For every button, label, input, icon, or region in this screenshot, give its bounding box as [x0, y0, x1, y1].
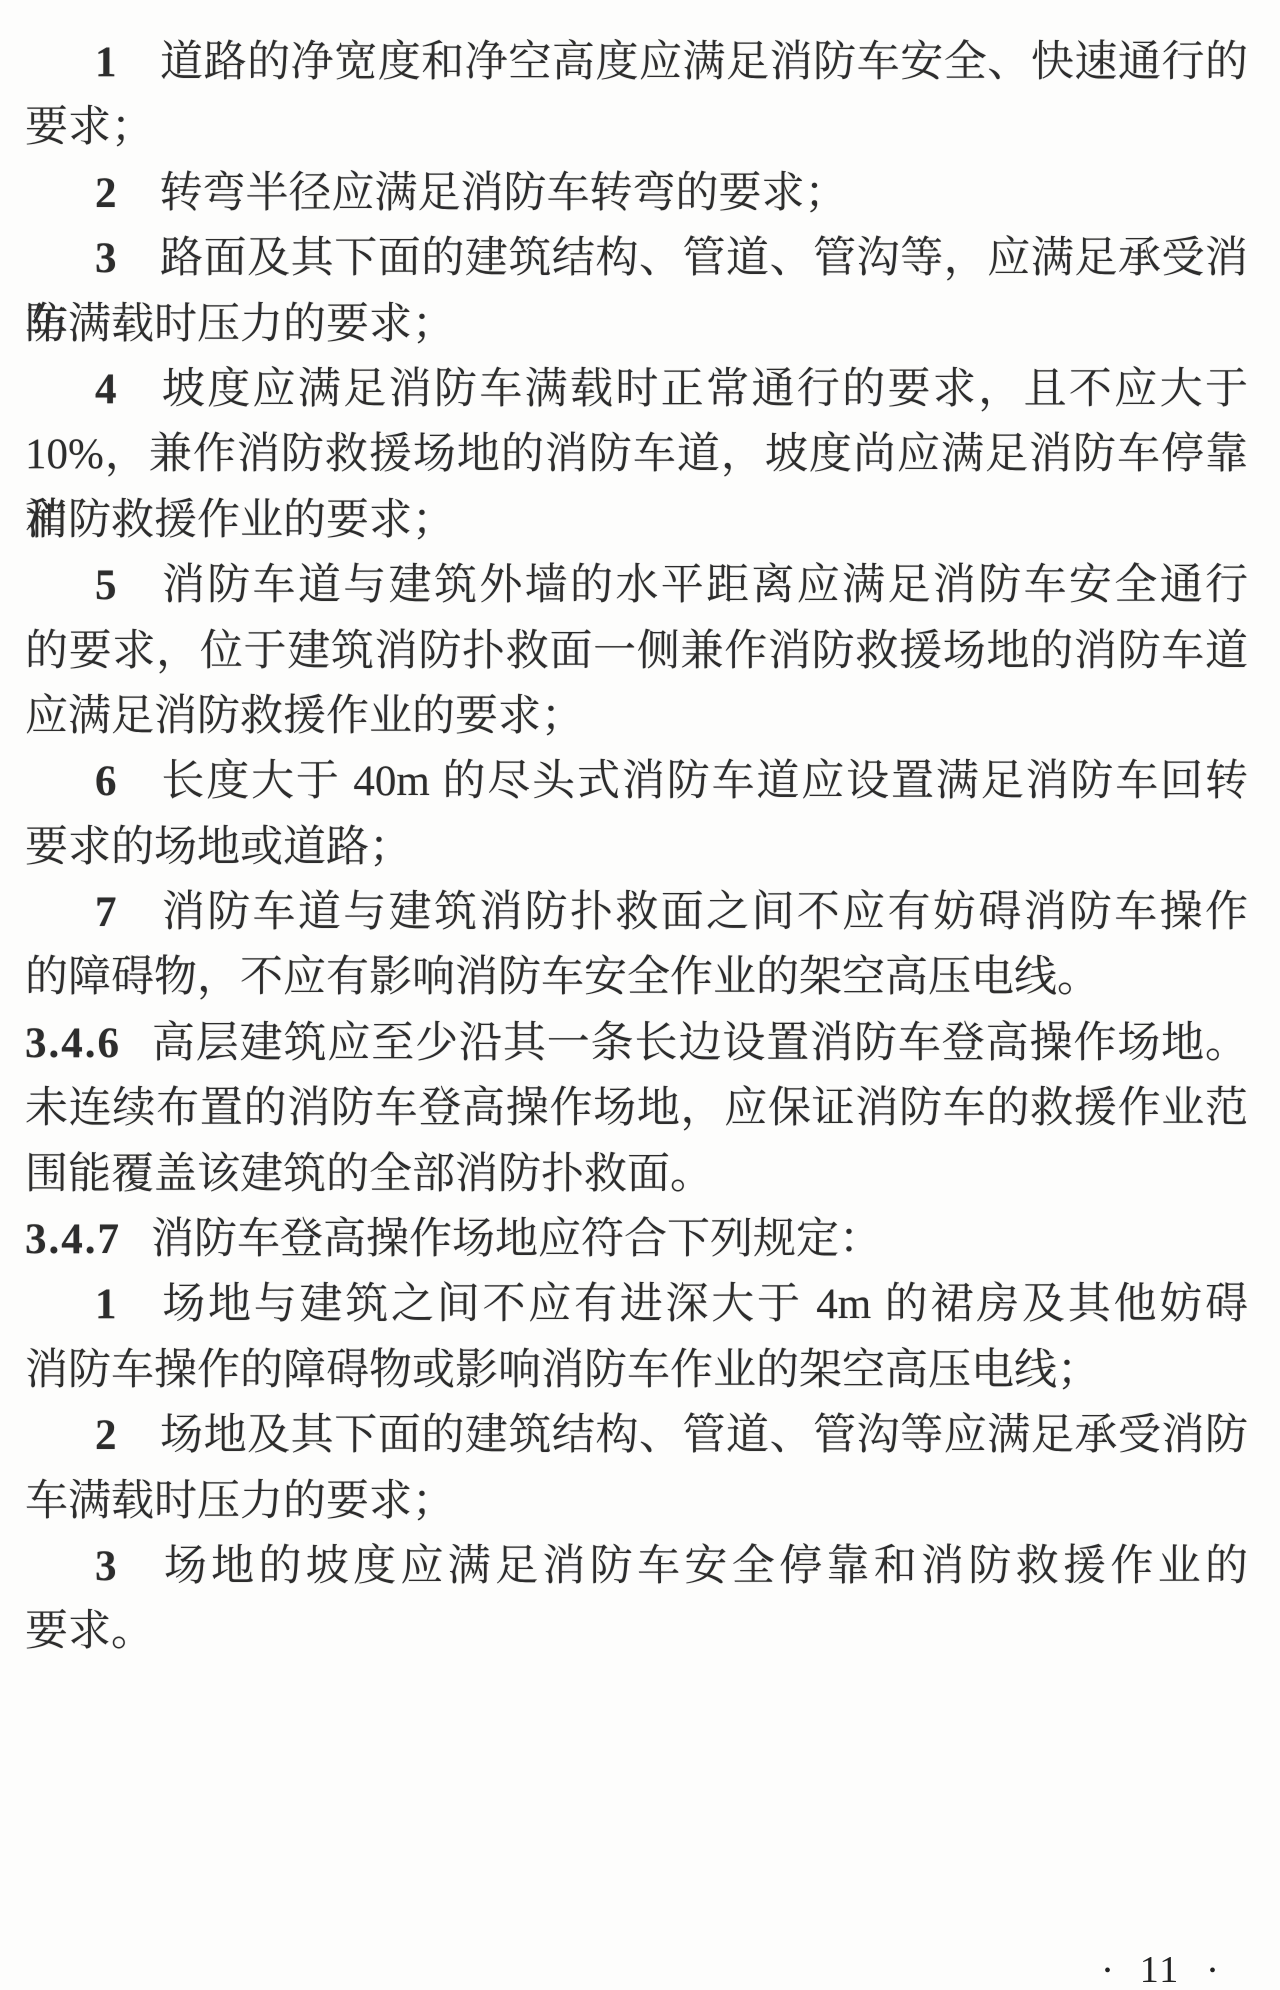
text-line: 1场地与建筑之间不应有进深大于 4m 的裙房及其他妨碍: [25, 1272, 1248, 1337]
item-number: 7: [95, 889, 117, 936]
text-line: 车满载时压力的要求；: [25, 292, 1248, 357]
item-number: 4: [95, 366, 117, 413]
text-line: 5消防车道与建筑外墙的水平距离应满足消防车安全通行: [25, 553, 1248, 618]
text-line: 的要求，位于建筑消防扑救面一侧兼作消防救援场地的消防车道: [25, 619, 1248, 684]
text-line: 要求；: [25, 95, 1248, 160]
line-text: 消防救援作业的要求；: [25, 497, 455, 544]
line-text: 车满载时压力的要求；: [25, 301, 455, 348]
text-line: 2转弯半径应满足消防车转弯的要求；: [25, 161, 1248, 226]
line-text: 的要求，位于建筑消防扑救面一侧兼作消防救援场地的消防车道: [25, 628, 1248, 675]
item-number: 2: [95, 170, 117, 217]
line-text: 要求。: [25, 1608, 154, 1655]
line-text: 围能覆盖该建筑的全部消防扑救面。: [25, 1151, 713, 1198]
item-number: 6: [95, 758, 117, 805]
line-text: 的障碍物，不应有影响消防车安全作业的架空高压电线。: [25, 954, 1100, 1001]
page-number: • 11 •: [1104, 1948, 1216, 1990]
text-line: 3.4.7消防车登高操作场地应符合下列规定：: [25, 1207, 1248, 1272]
line-text: 转弯半径应满足消防车转弯的要求；: [160, 170, 848, 217]
document-page: 1道路的净宽度和净空高度应满足消防车安全、快速通行的要求；2转弯半径应满足消防车…: [0, 0, 1280, 1990]
line-text: 应满足消防救援作业的要求；: [25, 693, 584, 740]
bullet-right-icon: •: [1209, 1961, 1216, 1981]
text-line: 消防车操作的障碍物或影响消防车作业的架空高压电线；: [25, 1338, 1248, 1403]
section-number: 3.4.6: [25, 1020, 121, 1067]
item-number: 1: [95, 39, 117, 86]
line-text: 要求的场地或道路；: [25, 824, 412, 871]
section-number: 3.4.7: [25, 1216, 121, 1263]
text-line: 要求。: [25, 1599, 1248, 1664]
text-line: 的障碍物，不应有影响消防车安全作业的架空高压电线。: [25, 945, 1248, 1010]
item-number: 5: [95, 562, 117, 609]
text-line: 10%，兼作消防救援场地的消防车道，坡度尚应满足消防车停靠和: [25, 422, 1248, 487]
text-line: 3场地的坡度应满足消防车安全停靠和消防救援作业的: [25, 1534, 1248, 1599]
line-text: 车满载时压力的要求；: [25, 1478, 455, 1525]
text-line: 车满载时压力的要求；: [25, 1469, 1248, 1534]
line-text: 坡度应满足消防车满载时正常通行的要求，且不应大于: [160, 366, 1249, 413]
line-text: 消防车登高操作场地应符合下列规定：: [151, 1216, 882, 1263]
line-text: 场地与建筑之间不应有进深大于 4m 的裙房及其他妨碍: [160, 1281, 1249, 1328]
text-line: 6长度大于 40m 的尽头式消防车道应设置满足消防车回转: [25, 749, 1248, 814]
text-line: 消防救援作业的要求；: [25, 488, 1248, 553]
line-text: 消防车道与建筑外墙的水平距离应满足消防车安全通行: [160, 562, 1249, 609]
text-line: 未连续布置的消防车登高操作场地，应保证消防车的救援作业范: [25, 1076, 1248, 1141]
line-text: 场地及其下面的建筑结构、管道、管沟等应满足承受消防: [160, 1412, 1249, 1459]
text-line: 应满足消防救援作业的要求；: [25, 684, 1248, 749]
line-text: 高层建筑应至少沿其一条长边设置消防车登高操作场地。: [151, 1020, 1248, 1067]
item-number: 3: [95, 235, 117, 282]
line-text: 长度大于 40m 的尽头式消防车道应设置满足消防车回转: [160, 758, 1249, 805]
line-text: 要求；: [25, 104, 154, 151]
item-number: 3: [95, 1543, 117, 1590]
line-text: 道路的净宽度和净空高度应满足消防车安全、快速通行的: [160, 39, 1249, 86]
text-line: 2场地及其下面的建筑结构、管道、管沟等应满足承受消防: [25, 1403, 1248, 1468]
text-line: 3.4.6高层建筑应至少沿其一条长边设置消防车登高操作场地。: [25, 1011, 1248, 1076]
document-body: 1道路的净宽度和净空高度应满足消防车安全、快速通行的要求；2转弯半径应满足消防车…: [25, 30, 1248, 1665]
text-line: 7消防车道与建筑消防扑救面之间不应有妨碍消防车操作: [25, 880, 1248, 945]
text-line: 1道路的净宽度和净空高度应满足消防车安全、快速通行的: [25, 30, 1248, 95]
line-text: 消防车操作的障碍物或影响消防车作业的架空高压电线；: [25, 1347, 1100, 1394]
line-text: 消防车道与建筑消防扑救面之间不应有妨碍消防车操作: [160, 889, 1249, 936]
item-number: 1: [95, 1281, 117, 1328]
page-number-value: 11: [1140, 1948, 1181, 1990]
line-text: 未连续布置的消防车登高操作场地，应保证消防车的救援作业范: [25, 1085, 1248, 1132]
bullet-left-icon: •: [1104, 1961, 1111, 1981]
line-text: 场地的坡度应满足消防车安全停靠和消防救援作业的: [160, 1543, 1249, 1590]
item-number: 2: [95, 1412, 117, 1459]
text-line: 4坡度应满足消防车满载时正常通行的要求，且不应大于: [25, 357, 1248, 422]
text-line: 要求的场地或道路；: [25, 815, 1248, 880]
text-line: 围能覆盖该建筑的全部消防扑救面。: [25, 1142, 1248, 1207]
text-line: 3路面及其下面的建筑结构、管道、管沟等，应满足承受消防: [25, 226, 1248, 291]
